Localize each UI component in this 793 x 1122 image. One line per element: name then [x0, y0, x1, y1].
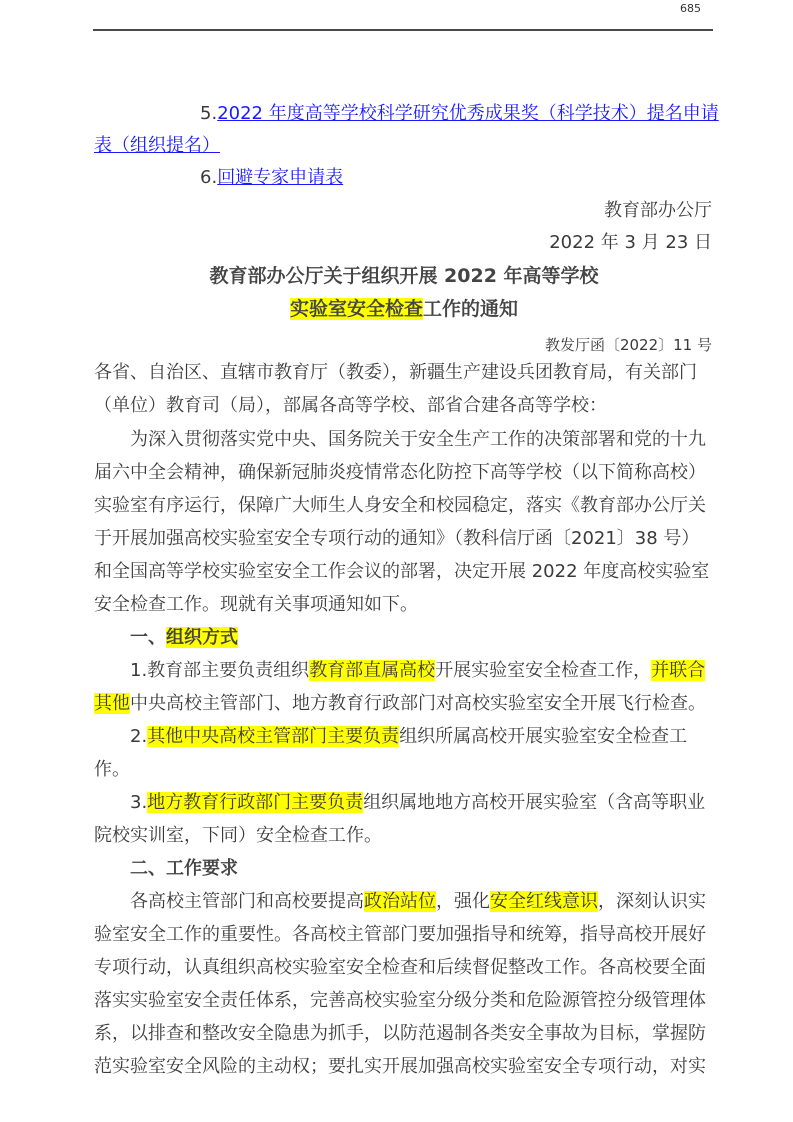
text: 中央高校主管部门、地方教育行政部门对高校实验室安全开展飞行检查。	[130, 693, 706, 714]
intro-line: 实验室有序运行，保障广大师生人身安全和校园稳定，落实《教育部办公厅关	[94, 494, 714, 518]
attachment-num: 5.	[200, 103, 217, 124]
highlight: 并联合	[651, 660, 705, 681]
text: ，深刻认识实	[598, 891, 706, 912]
section1-heading: 一、组织方式	[94, 626, 750, 650]
text: 1.教育部主要负责组织	[130, 660, 309, 681]
section1-item2-cont: 作。	[94, 758, 714, 782]
text: 各高校主管部门和高校要提高	[130, 891, 364, 912]
section1-item3: 3.地方教育行政部门主要负责组织属地地方高校开展实验室（含高等职业	[94, 791, 750, 815]
attachment-5-cont: 表（组织提名）	[94, 134, 714, 158]
text: 组织属地地方高校开展实验室（含高等职业	[363, 792, 705, 813]
attachment-6-link[interactable]: 回避专家申请表	[217, 167, 343, 188]
page-number: 685	[680, 2, 701, 15]
highlight: 安全红线意识	[490, 891, 598, 912]
highlight: 教育部直属高校	[309, 660, 435, 681]
highlight: 实验室安全检查	[290, 298, 423, 320]
attachment-num: 6.	[200, 167, 217, 188]
highlight: 其他	[94, 693, 130, 714]
section2-line: 落实实验室安全责任体系，完善高校实验室分级分类和危险源管控分级管理体	[94, 989, 714, 1013]
attachment-5-link[interactable]: 2022 年度高等学校科学研究优秀成果奖（科学技术）提名申请	[217, 103, 719, 124]
header-rule	[93, 29, 713, 31]
section2-line: 系，以排查和整改安全隐患为抓手，以防范遏制各类安全事故为目标，掌握防	[94, 1022, 714, 1046]
text: ，强化	[436, 891, 490, 912]
intro-line: 和全国高等学校实验室安全工作会议的部署，决定开展 2022 年度高校实验室	[94, 560, 714, 584]
section1-item1-cont: 其他中央高校主管部门、地方教育行政部门对高校实验室安全开展飞行检查。	[94, 692, 714, 716]
section2-line: 范实验室安全风险的主动权；要扎实开展加强高校实验室安全专项行动，对实	[94, 1055, 714, 1079]
section2-p1: 各高校主管部门和高校要提高政治站位，强化安全红线意识，深刻认识实	[94, 890, 750, 914]
doc-number: 教发厅函〔2022〕11 号	[94, 333, 712, 357]
highlight: 地方教育行政部门主要负责	[147, 792, 363, 813]
intro-line: 安全检查工作。现就有关事项通知如下。	[94, 593, 714, 617]
section1-item3-cont: 院校实训室，下同）安全检查工作。	[94, 824, 714, 848]
title-rest: 工作的通知	[423, 298, 518, 320]
text: 2.	[130, 726, 147, 747]
attachment-6: 6.回避专家申请表	[94, 166, 793, 190]
text: 3.	[130, 792, 147, 813]
attachment-5-link-cont[interactable]: 表（组织提名）	[94, 135, 220, 156]
highlight: 政治站位	[364, 891, 436, 912]
text: 开展实验室安全检查工作，	[435, 660, 651, 681]
section2-line: 专项行动，认真组织高校实验室安全检查和后续督促整改工作。各高校要全面	[94, 956, 714, 980]
intro-line: 届六中全会精神，确保新冠肺炎疫情常态化防控下高等学校（以下简称高校）	[94, 461, 714, 485]
section1-item2: 2.其他中央高校主管部门主要负责组织所属高校开展实验室安全检查工	[94, 725, 750, 749]
addressee-line1: 各省、自治区、直辖市教育厅（教委），新疆生产建设兵团教育局，有关部门	[94, 361, 714, 385]
highlight: 其他中央高校主管部门主要负责	[147, 726, 399, 747]
text: 组织所属高校开展实验室安全检查工	[399, 726, 687, 747]
issue-date: 2022 年 3 月 23 日	[94, 231, 712, 255]
doc-title-line2: 实验室安全检查工作的通知	[94, 297, 714, 321]
section-prefix: 一、	[130, 627, 166, 648]
section2-heading: 二、工作要求	[94, 857, 750, 881]
issuer: 教育部办公厅	[94, 199, 712, 223]
highlight: 组织方式	[166, 627, 238, 648]
intro-line: 于开展加强高校实验室安全专项行动的通知》（教科信厅函〔2021〕38 号）	[94, 527, 714, 551]
attachment-5: 5.2022 年度高等学校科学研究优秀成果奖（科学技术）提名申请	[94, 102, 793, 126]
section2-line: 验室安全工作的重要性。各高校主管部门要加强指导和统筹，指导高校开展好	[94, 923, 714, 947]
doc-title-line1: 教育部办公厅关于组织开展 2022 年高等学校	[94, 264, 714, 288]
addressee-line2: （单位）教育司（局），部属各高等学校、部省合建各高等学校：	[94, 394, 714, 418]
intro-line: 为深入贯彻落实党中央、国务院关于安全生产工作的决策部署和党的十九	[94, 428, 750, 452]
section1-item1: 1.教育部主要负责组织教育部直属高校开展实验室安全检查工作，并联合	[94, 659, 750, 683]
